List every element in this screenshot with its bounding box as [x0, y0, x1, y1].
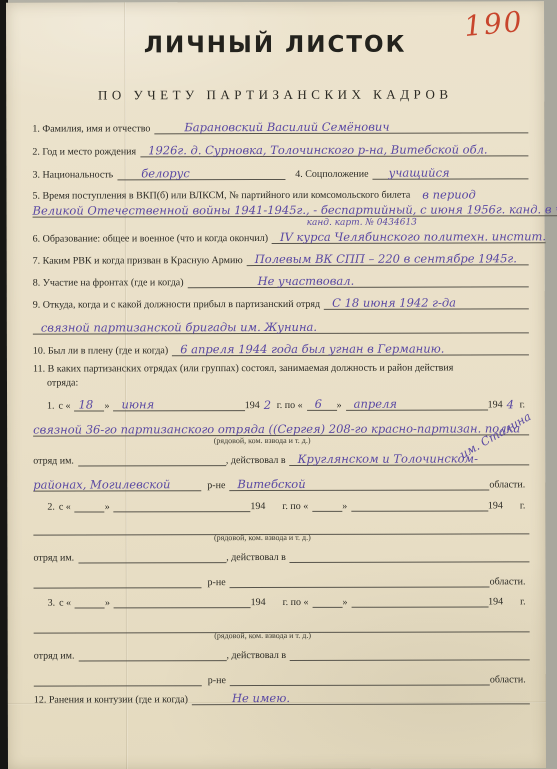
year-digit-line [270, 596, 283, 608]
otryad-name-line [78, 648, 226, 661]
document-paper: 190 ЛИЧНЫЙ ЛИСТОК ПО УЧЕТУ ПАРТИЗАНСКИХ … [6, 1, 546, 769]
printed-text: г. по « [277, 400, 307, 411]
service-entry-3-otryad: отряд им. , действовал в [34, 647, 530, 661]
printed-text: р-не [202, 675, 230, 686]
field-detachments-label: 11. В каких партизанских отрядах (или гр… [33, 362, 529, 374]
printed-text: , действовал в [226, 552, 290, 563]
page-subtitle: ПО УЧЕТУ ПАРТИЗАНСКИХ КАДРОВ [6, 86, 544, 103]
service-entry-3-district: р-не области. [34, 672, 530, 686]
rank-hint: (рядовой, ком. взвода и т. д.) [157, 533, 367, 543]
day-line [312, 595, 342, 608]
field-line: Барановский Василий Семёнович [154, 119, 528, 134]
month-line [114, 499, 251, 512]
handwritten-value: IV курса Челябинского политехн. инстит. [272, 230, 546, 243]
field-drafted-by: 7. Каким РВК и когда призван в Красную А… [33, 251, 529, 266]
field-label: 9. Откуда, когда и с какой должности при… [33, 299, 324, 311]
day-line: 6 [307, 397, 337, 411]
field-education: 6. Образование: общее и военное (что и к… [33, 229, 529, 244]
printed-text: р-не [201, 480, 229, 491]
field-line: Не участвовал. [188, 273, 529, 288]
printed-text: 194 [245, 400, 264, 411]
printed-text: » [342, 501, 351, 512]
printed-text: » [104, 400, 113, 411]
handwritten-value: 6 апреля 1944 года был угнан в Германию. [172, 343, 444, 356]
field-label: 1. Фамилия, имя и отчество [32, 123, 154, 134]
field-captivity: 10. Был ли в плену (где и когда) 6 апрел… [33, 341, 529, 356]
otryad-name-line [78, 453, 226, 466]
month-line [351, 498, 488, 511]
field-birth: 2. Год и место рождения 1926г. д. Сурнов… [32, 142, 528, 157]
service-entry-1-role: связной 36-го партизанского отряда ((Сер… [33, 421, 529, 436]
field-label: отряда: [47, 378, 82, 389]
printed-text: г. по « [283, 597, 313, 608]
printed-text: » [342, 597, 351, 608]
field-label: 12. Ранения и контузии (где и когда) [34, 694, 192, 705]
printed-text: области. [489, 479, 529, 490]
month-line [114, 595, 251, 608]
printed-text: » [337, 400, 346, 411]
entry-number: 1. [47, 401, 59, 412]
printed-text: , действовал в [226, 455, 290, 466]
printed-text: 194 [250, 501, 269, 512]
printed-text: » [105, 597, 114, 608]
printed-text: области. [490, 674, 530, 685]
acted-line: Круглянском и Толочинском- [290, 451, 530, 466]
service-entry-2-district: р-не области. [33, 574, 529, 588]
printed-text: области. [490, 576, 530, 587]
day-line [75, 499, 105, 512]
rank-hint: (рядовой, ком. взвода и т. д.) [157, 436, 367, 446]
service-entry-2-otryad: отряд им. , действовал в [33, 549, 529, 563]
handwritten-role: связной 36-го партизанского отряда ((Сер… [33, 422, 520, 436]
handwritten-value: связной партизанской бригады им. Жунина. [33, 321, 317, 334]
printed-text: отряд им. [34, 651, 79, 662]
field-line: С 18 июня 1942 г-да [324, 295, 529, 310]
handwritten-year-digit: 4 [507, 398, 514, 411]
handwritten-card-number-note: канд. карт. № 0434613 [307, 217, 525, 228]
role-line: связной 36-го партизанского отряда ((Сер… [33, 421, 529, 436]
handwritten-value: С 18 июня 1942 г-да [324, 297, 456, 310]
field-line: Полевым ВК СПП – 220 в сентябре 1945г. [247, 251, 529, 266]
page-title: ЛИЧНЫЙ ЛИСТОК [6, 31, 544, 58]
day-line [312, 499, 342, 512]
service-entry-1-otryad: отряд им. , действовал в Круглянском и Т… [33, 451, 529, 466]
field-arrival-line2: связной партизанской бригады им. Жунина. [33, 319, 529, 334]
oblast-line [230, 672, 490, 686]
printed-text: 194 [251, 597, 270, 608]
handwritten-district: районах, Могилевской [33, 478, 170, 491]
year-digit-line [269, 500, 282, 512]
handwritten-month: апреля [346, 398, 397, 411]
field-party-membership-line2: Великой Отечественной войны 1941-1945г.,… [33, 202, 529, 217]
field-line: 1926г. д. Сурновка, Толочинского р-на, В… [140, 142, 528, 157]
field-line: белорус [117, 166, 285, 180]
scanned-document-page: { "colors": { "ink": "#5a49a3", "accent_… [0, 0, 557, 769]
handwritten-day: 6 [307, 398, 322, 411]
oblast-line [230, 574, 490, 588]
field-line: в период [414, 187, 528, 200]
day-line [75, 595, 105, 608]
printed-text: с « [59, 401, 75, 412]
service-entry-3-dates: 3. с « » 194 г. по « » 194 г. [48, 594, 530, 608]
year-digit-line [507, 499, 520, 511]
field-line: Великой Отечественной войны 1941-1945г.,… [33, 202, 557, 218]
handwritten-value: Барановский Василий Семёнович [154, 121, 389, 134]
printed-text: г. [520, 399, 530, 410]
handwritten-acted: Круглянском и Толочинском- [290, 452, 478, 465]
printed-text: г. по « [282, 501, 312, 512]
year-digit-line [507, 595, 520, 607]
printed-text: 194 [488, 500, 507, 511]
printed-text: отряд им. [33, 456, 78, 467]
field-line: 6 апреля 1944 года был угнан в Германию. [172, 341, 529, 356]
handwritten-year-digit: 2 [264, 399, 271, 412]
field-front-participation: 8. Участие на фронтах (где и когда) Не у… [33, 273, 529, 288]
field-line: учащийся [373, 165, 529, 179]
field-detachments-label2: отряда: [47, 376, 529, 388]
printed-text: г. [520, 596, 530, 607]
printed-text: с « [59, 598, 75, 609]
printed-text: 194 [488, 596, 507, 607]
field-nationality-social: 3. Национальность белорус 4. Соцположени… [32, 165, 528, 180]
day-line: 18 [74, 397, 104, 411]
printed-text: 194 [488, 399, 507, 410]
field-label: 7. Каким РВК и когда призван в Красную А… [33, 255, 247, 267]
service-entry-1-district: районах, Могилевской р-не Витебской обла… [33, 476, 529, 491]
printed-text: р-не [202, 577, 230, 588]
printed-text: г. [520, 500, 530, 511]
handwritten-value: Не участвовал. [188, 275, 355, 288]
acted-line [290, 647, 530, 661]
district-line [34, 673, 202, 686]
oblast-line: Витебской [229, 476, 489, 491]
field-line: IV курса Челябинского политехн. инстит. [272, 229, 546, 244]
field-label: 11. В каких партизанских отрядах (или гр… [33, 363, 457, 375]
printed-text: с « [59, 502, 75, 513]
handwritten-value: Полевым ВК СПП – 220 в сентябре 1945г. [247, 252, 517, 265]
field-line: связной партизанской бригады им. Жунина. [33, 319, 529, 334]
acted-line [290, 549, 530, 563]
month-line: июня [113, 397, 244, 411]
handwritten-month: июня [113, 398, 154, 411]
printed-text: отряд им. [33, 553, 78, 564]
field-surname: 1. Фамилия, имя и отчество Барановский В… [32, 119, 528, 134]
month-line: апреля [346, 396, 488, 410]
field-label: 3. Национальность [32, 169, 117, 180]
month-line [351, 594, 488, 607]
handwritten-value: учащийся [373, 167, 450, 180]
service-entry-1-dates: 1. с « 18 » июня 194 2 г. по « 6 » апрел… [47, 396, 529, 411]
field-arrival: 9. Откуда, когда и с какой должности при… [33, 295, 529, 310]
year-digit-line: 2 [264, 398, 277, 411]
field-label: 2. Год и место рождения [32, 146, 140, 157]
printed-text: » [105, 501, 114, 512]
handwritten-day: 18 [74, 398, 93, 411]
district-line: районах, Могилевской [33, 477, 201, 491]
field-label: 5. Время поступления в ВКП(б) или ВЛКСМ,… [32, 190, 414, 202]
handwritten-value: в период [414, 188, 476, 201]
field-wounds: 12. Ранения и контузии (где и когда) Не … [34, 690, 530, 705]
printed-text: , действовал в [226, 650, 290, 661]
field-label: 8. Участие на фронтах (где и когда) [33, 277, 188, 288]
entry-number: 3. [48, 598, 60, 609]
handwritten-value: 1926г. д. Сурновка, Толочинского р-на, В… [140, 143, 487, 157]
field-party-membership: 5. Время поступления в ВКП(б) или ВЛКСМ,… [32, 187, 528, 201]
field-label: 10. Был ли в плену (где и когда) [33, 345, 172, 356]
handwritten-oblast: Витебской [229, 478, 305, 491]
entry-number: 2. [47, 502, 59, 513]
district-line [33, 575, 201, 588]
handwritten-value: Не имею. [192, 692, 290, 705]
field-label: 6. Образование: общее и военное (что и к… [33, 233, 272, 245]
service-entry-2-dates: 2. с « » 194 г. по « » 194 г. [47, 498, 529, 512]
handwritten-value: Великой Отечественной войны 1941-1945г.,… [33, 203, 557, 217]
handwritten-value: белорус [117, 167, 190, 180]
rank-hint: (рядовой, ком. взвода и т. д.) [158, 631, 368, 641]
year-digit-line: 4 [507, 397, 520, 410]
field-line: Не имею. [192, 690, 530, 705]
field-label: 4. Соцположение [285, 169, 372, 180]
otryad-name-line [78, 550, 226, 563]
